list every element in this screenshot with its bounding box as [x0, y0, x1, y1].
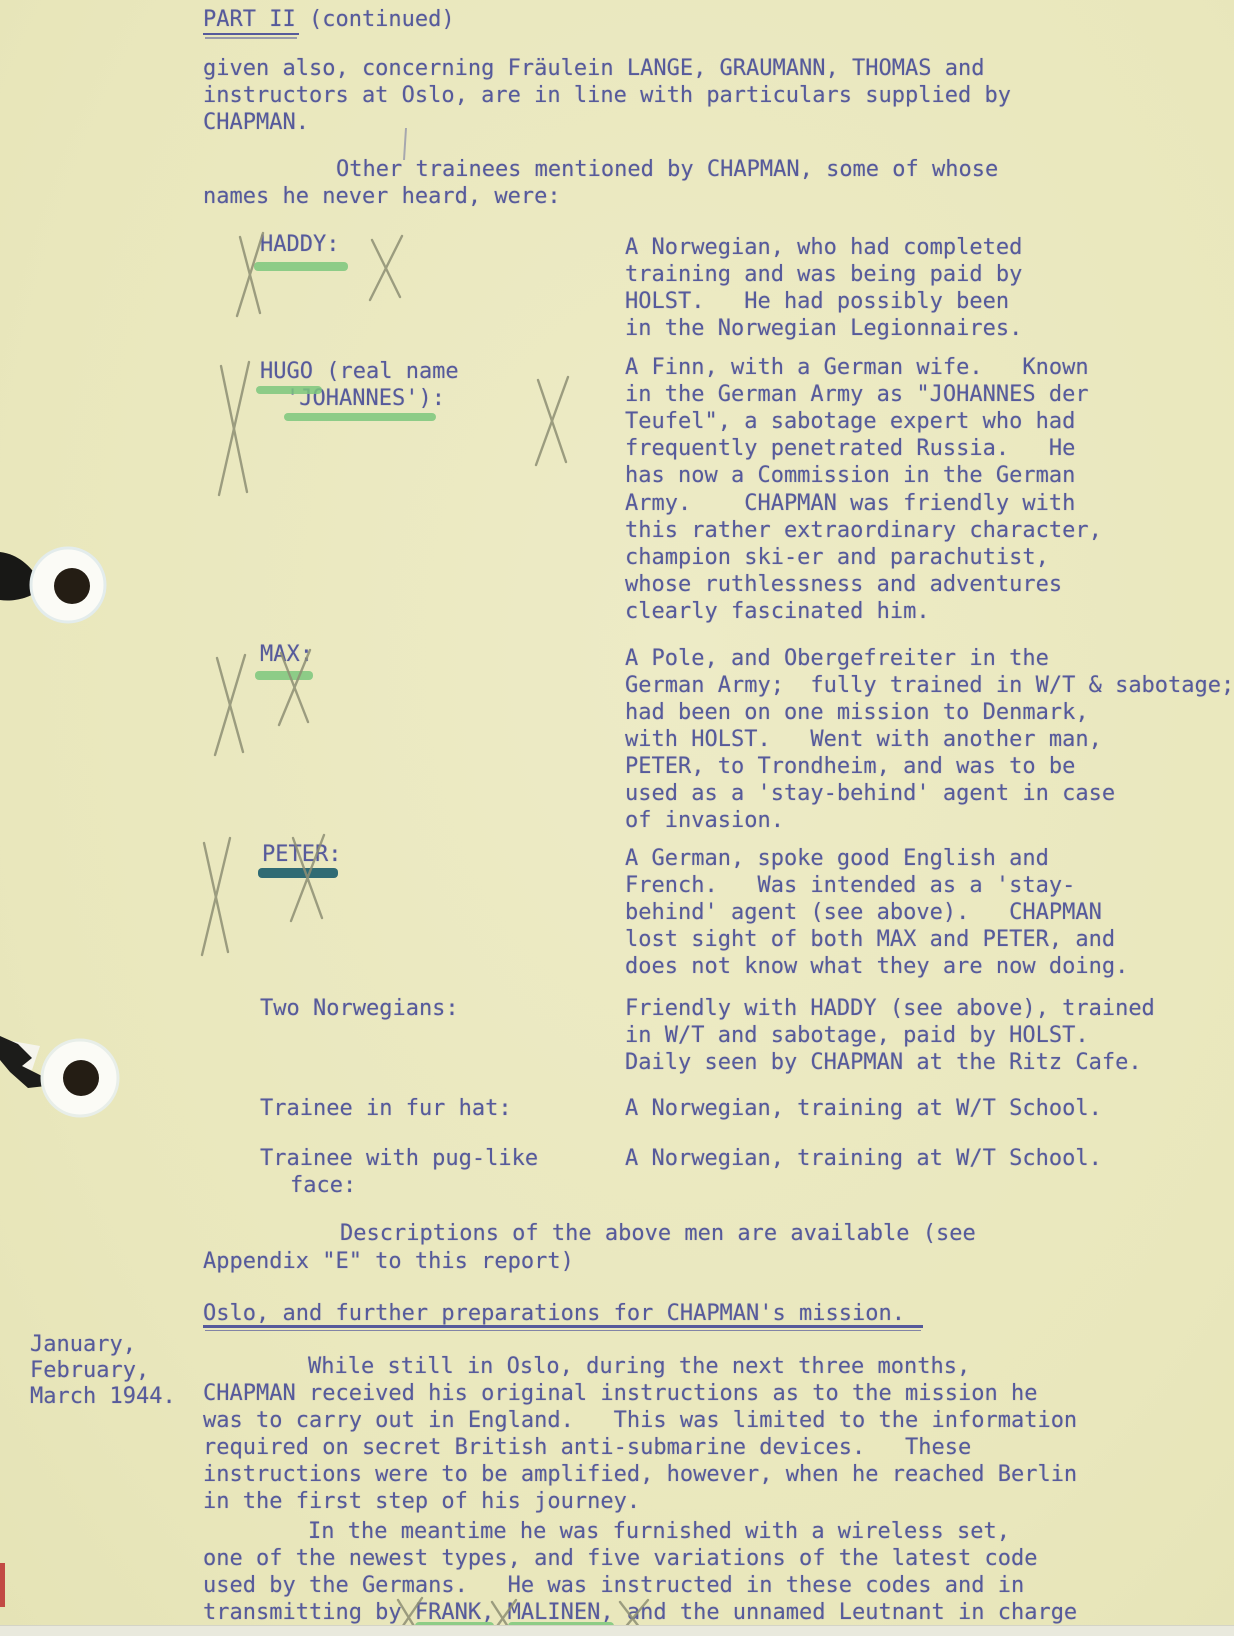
page-bottom-edge	[0, 1625, 1234, 1636]
punch-hole	[63, 1060, 99, 1096]
annotation-layer	[0, 0, 1234, 1636]
document-page: PART II (continued) given also, concerni…	[0, 0, 1234, 1636]
punch-hole	[54, 568, 90, 604]
pencil-x-marks	[202, 233, 648, 1636]
stray-ink-mark	[404, 128, 406, 160]
page-edge-mark	[0, 1563, 5, 1607]
pencil-x-mark	[237, 233, 263, 316]
